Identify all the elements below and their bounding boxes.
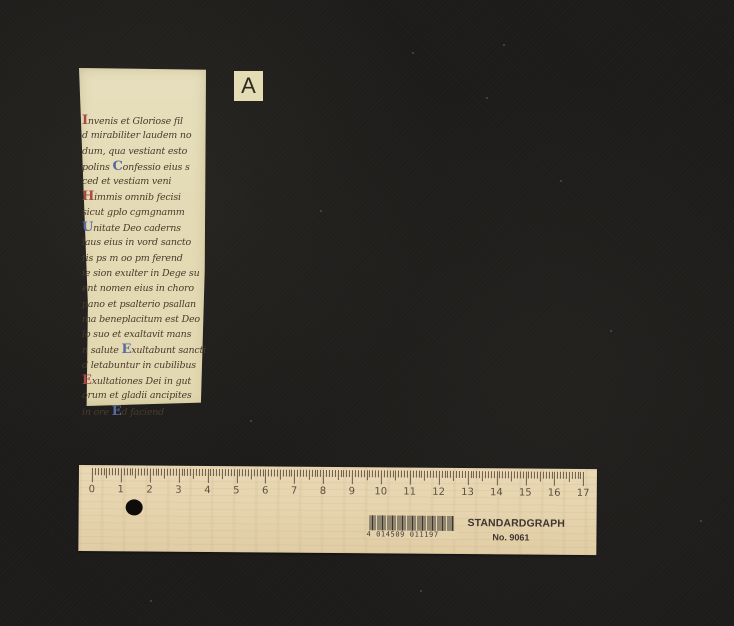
ruler-tick [150,469,151,483]
ruler-tick [485,471,486,478]
ruler-tick [196,469,197,476]
manuscript-line-text: ie sion exulter in Dege su [82,268,200,279]
ruler-tick [378,470,379,477]
manuscript-line-text: onfessio eius s [123,162,190,173]
ruler-tick [459,471,460,478]
illuminated-initial: H [82,189,94,204]
manuscript-line: Himmis omnib fecisi [82,189,206,204]
ruler-tick [242,469,243,476]
ruler-tick [254,469,255,476]
ruler-tick [239,469,240,476]
manuscript-line-text: tis ps m oo pm ferend [82,253,183,264]
ruler-tick [534,472,535,479]
ruler-tick [210,469,211,476]
ruler-tick [557,472,558,479]
manuscript-line-text: immis omnib fecisi [94,192,181,203]
ruler-cm-label: 5 [233,485,239,496]
manuscript-line-text: dum, qua vestiant esto [82,146,187,157]
illuminated-initial: E [112,404,122,419]
manuscript-line-text: lo suo et exaltavit mans [82,329,191,340]
ruler-tick [392,470,393,477]
dust-speck [503,44,505,46]
ruler-tick [520,471,521,478]
ruler-tick [346,470,347,477]
ruler-tick [372,470,373,477]
ruler-tick [193,469,194,479]
ruler-tick [288,470,289,477]
manuscript-line-text: in ore [82,407,112,418]
manuscript-line-text: nvenis et Gloriose fil [88,116,183,127]
illuminated-initial: E [122,342,132,357]
manuscript-line: laus eius in vord sancto [82,235,206,250]
ruler-tick [101,468,102,475]
manuscript-line: dum, qua vestiant esto [82,144,206,159]
ruler-tick [260,469,261,476]
ruler-tick [427,471,428,478]
manuscript-line: ie sion exulter in Dege su [82,266,206,281]
ruler-tick [525,472,526,486]
ruler-tick [222,469,223,479]
manuscript-line-text: nitate Deo caderns [93,223,181,234]
ruler-tick [291,470,292,477]
ruler-tick [462,471,463,478]
manuscript-line-text: orum et gladii ancipites [82,390,192,401]
scale-ruler: 4 014509 011197 STANDARDGRAPH No. 9061 0… [78,465,597,555]
manuscript-line: Invenis et Gloriose fil [82,113,206,128]
ruler-tick [543,472,544,479]
ruler-tick [450,471,451,478]
ruler-tick [306,470,307,477]
ruler-tick [569,472,570,482]
manuscript-line-text: xultationes Dei in gut [92,376,191,387]
ruler-tick [184,469,185,476]
ruler-tick [531,472,532,479]
ruler-tick [231,469,232,476]
ruler-tick [271,470,272,477]
ruler-tick [358,470,359,477]
ruler-tick [202,469,203,476]
ruler-tick [236,469,237,483]
ruler-tick [364,470,365,477]
ruler-tick [132,468,133,475]
ruler-tick [283,470,284,477]
ruler-tick [153,469,154,476]
ruler-tick [563,472,564,479]
ruler-tick [366,470,367,480]
ruler-tick [147,469,148,476]
ruler-tick [479,471,480,478]
ruler-tick [549,472,550,479]
dust-speck [320,210,322,212]
ruler-tick [138,468,139,475]
ruler-tick [517,471,518,478]
ruler-tick [349,470,350,477]
ruler-tick [398,471,399,478]
ruler-tick [384,470,385,477]
ruler-brand: STANDARDGRAPH [468,517,565,530]
manuscript-line-text: ced et vestiam veni [82,176,171,187]
manuscript-line: d letabuntur in cubilibus [82,358,206,373]
manuscript-line-text: ma beneplacitum est Deo [82,314,200,325]
ruler-tick [277,470,278,477]
ruler-tick [436,471,437,478]
ruler-cm-label: 2 [146,485,152,496]
ruler-cm-label: 16 [548,488,561,499]
ruler-tick [329,470,330,477]
ruler-tick [158,469,159,476]
ruler-tick [205,469,206,476]
ruler-hang-hole [126,499,143,515]
manuscript-text-block: Invenis et Gloriose fild mirabiliter lau… [82,113,206,419]
manuscript-line: lo suo et exaltavit mans [82,327,206,342]
ruler-tick [369,470,370,477]
ruler-tick [540,472,541,482]
ruler-cm-label: 7 [291,486,297,497]
manuscript-line: sicut gplo cgmgnamm [82,205,206,220]
ruler-tick [297,470,298,477]
ruler-tick [496,471,497,485]
ruler-tick [502,471,503,478]
barcode-number: 4 014509 011197 [366,530,458,539]
ruler-tick [468,471,469,485]
manuscript-line-text: d mirabiliter laudem no [82,130,191,141]
ruler-tick [418,471,419,478]
ruler-cm-label: 15 [519,487,532,498]
ruler-tick [187,469,188,476]
ruler-tick [262,469,263,476]
ruler-tick [98,468,99,475]
ruler-tick [257,469,258,476]
ruler-tick [294,470,295,484]
ruler-tick [511,471,512,481]
ruler-tick [170,469,171,476]
illuminated-initial: U [82,220,93,235]
ruler-tick [491,471,492,478]
ruler-tick [456,471,457,478]
ruler-tick [317,470,318,477]
ruler-tick [95,468,96,475]
ruler-tick [245,469,246,476]
ruler-tick [355,470,356,477]
ruler-tick [300,470,301,477]
ruler-tick [121,468,122,482]
ruler-tick [430,471,431,478]
ruler-tick [112,468,113,475]
ruler-cm-label: 10 [374,486,387,497]
ruler-tick [494,471,495,478]
manuscript-line-text: polins [82,162,113,173]
manuscript-line-text: xultabunt sancti [131,345,206,356]
ruler-tick [551,472,552,479]
dust-speck [420,590,422,592]
ruler-tick [340,470,341,477]
ruler-cm-label: 12 [432,487,445,498]
ruler-tick [395,470,396,480]
ruler-tick [523,471,524,478]
ruler-cm-label: 0 [89,484,95,495]
manuscript-line: in ore Ed faciend [82,404,206,419]
manuscript-line: orum et gladii ancipites [82,388,206,403]
ruler-cm-label: 13 [461,487,474,498]
ruler-tick [390,470,391,477]
ruler-tick [106,468,107,478]
ruler-tick [488,471,489,478]
ruler-tick [470,471,471,478]
ruler-tick [404,471,405,478]
ruler-cm-label: 9 [349,486,355,497]
ruler-tick [335,470,336,477]
ruler-tick [320,470,321,477]
ruler-tick [248,469,249,476]
ruler-tick [453,471,454,481]
ruler-cm-label: 11 [403,487,416,498]
ruler-tick [332,470,333,477]
ruler-tick [413,471,414,478]
ruler-tick [268,469,269,476]
ruler-tick [228,469,229,476]
manuscript-line-text: sicut gplo cgmgnamm [82,207,185,218]
ruler-tick [173,469,174,476]
ruler-tick [280,470,281,480]
ruler-tick [179,469,180,483]
ruler-tick [560,472,561,479]
ruler-tick [361,470,362,477]
dust-speck [700,520,702,522]
ruler-model: No. 9061 [492,532,529,542]
ruler-tick [326,470,327,477]
ruler-tick [265,469,266,483]
dust-speck [150,600,152,602]
ruler-tick [514,471,515,478]
ruler-tick [447,471,448,478]
ruler-tick [314,470,315,477]
ruler-tick [141,468,142,475]
ruler-tick [580,472,581,479]
ruler-cm-label: 14 [490,487,503,498]
ruler-tick [410,471,411,485]
ruler-tick [118,468,119,475]
manuscript-line: d mirabiliter laudem no [82,128,206,143]
dust-speck [412,52,414,54]
ruler-tick [583,472,584,486]
ruler-tick [528,472,529,479]
dust-speck [486,97,488,99]
ruler-tick [416,471,417,478]
ruler-tick [181,469,182,476]
ruler-tick [190,469,191,476]
ruler-tick [352,470,353,484]
ruler-tick [537,472,538,479]
manuscript-line: ma beneplacitum est Deo [82,312,206,327]
ruler-tick [225,469,226,476]
ruler-cm-label: 1 [117,484,123,495]
ruler-tick [546,472,547,479]
manuscript-line: Exultationes Dei in gut [82,373,206,388]
ruler-tick [135,468,136,478]
ruler-tick [381,470,382,484]
ruler-tick [554,472,555,486]
ruler-cm-label: 6 [262,485,268,496]
ruler-tick [444,471,445,478]
ruler-tick [473,471,474,478]
ruler-tick [312,470,313,477]
manuscript-line: polins Confessio eius s [82,159,206,174]
ruler-tick [216,469,217,476]
ruler-tick [207,469,208,483]
ruler-tick [234,469,235,476]
manuscript-line-text: ent nomen eius in choro [82,283,194,294]
ruler-cm-label: 17 [577,488,590,499]
manuscript-line-text: n salute [82,345,122,356]
ruler-tick [566,472,567,479]
dust-speck [560,180,562,182]
ruler-tick [274,470,275,477]
ruler-tick [129,468,130,475]
ruler-tick [92,468,93,482]
dust-speck [250,420,252,422]
ruler-tick [127,468,128,475]
ruler-tick [465,471,466,478]
ruler-tick [421,471,422,478]
ruler-tick [167,469,168,476]
ruler-tick [115,468,116,475]
ruler-tick [424,471,425,481]
ruler-tick [476,471,477,478]
ruler-tick [309,470,310,480]
ruler-tick [577,472,578,479]
ruler-cm-label: 8 [320,486,326,497]
manuscript-line: ent nomen eius in choro [82,281,206,296]
manuscript-line: tis ps m oo pm ferend [82,251,206,266]
ruler-tick [482,471,483,481]
manuscript-line: Unitate Deo caderns [82,220,206,235]
ruler-tick [161,469,162,476]
manuscript-line: pano et psalterio psallan [82,297,206,312]
manuscript-line-text: d letabuntur in cubilibus [82,360,196,371]
ruler-tick [164,469,165,479]
ruler-tick [387,470,388,477]
ruler-tick [572,472,573,479]
ruler-tick [103,468,104,475]
illuminated-initial: E [82,373,92,388]
manuscript-line-text: laus eius in vord sancto [82,237,191,248]
dust-speck [610,330,612,332]
manuscript-line: ced et vestiam veni [82,174,206,189]
illuminated-initial: C [113,159,123,174]
ruler-tick [219,469,220,476]
ruler-tick [124,468,125,475]
manuscript-line: n salute Exultabunt sancti [82,342,206,357]
ruler-tick [155,469,156,476]
ruler-tick [213,469,214,476]
ruler-tick [433,471,434,478]
ruler-tick [144,469,145,476]
ruler-tick [343,470,344,477]
ruler-tick [407,471,408,478]
ruler-tick [176,469,177,476]
ruler-tick [323,470,324,484]
ruler-tick [575,472,576,479]
ruler-tick [375,470,376,477]
manuscript-line-text: d faciend [121,407,164,418]
ruler-tick [401,471,402,478]
ruler-tick [199,469,200,476]
ruler-tick [251,469,252,479]
specimen-label: A [234,71,263,101]
ruler-tick [303,470,304,477]
ruler-tick [286,470,287,477]
ruler-tick [499,471,500,478]
ruler-cm-label: 4 [204,485,210,496]
ruler-tick [109,468,110,475]
ruler-tick [442,471,443,478]
ruler-tick [439,471,440,485]
ruler-tick [338,470,339,480]
ruler-tick [508,471,509,478]
ruler-cm-label: 3 [175,485,181,496]
ruler-tick [505,471,506,478]
manuscript-line-text: pano et psalterio psallan [82,299,196,310]
